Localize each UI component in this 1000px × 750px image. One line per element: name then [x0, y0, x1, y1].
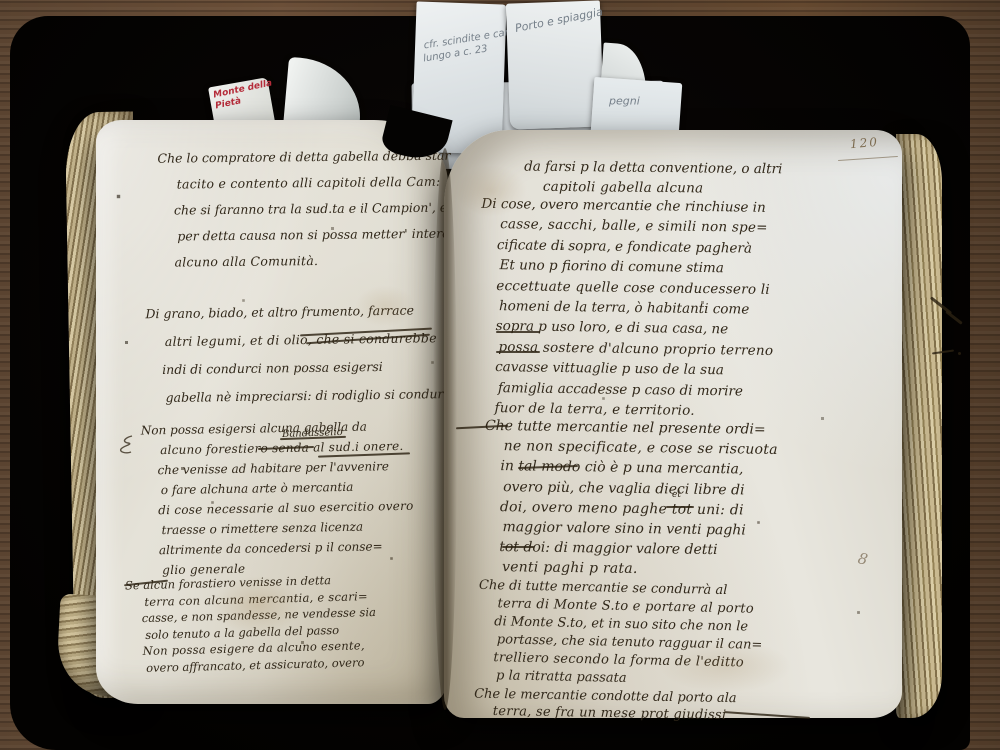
parchment-stain — [660, 640, 790, 692]
bookmark-porto-e-spiaggia: Porto e spiaggia — [506, 0, 604, 129]
strikethrough-mark — [502, 546, 534, 548]
right-paragraph-1: da farsi p la detta conventione, o altri… — [540, 157, 783, 200]
bookmark-label: Porto e spiaggia — [514, 6, 601, 35]
photograph-of-open-manuscript: Monte della Pietà cfr. scindite e canne … — [0, 0, 1000, 750]
book-page-stack-right-edge — [896, 134, 942, 718]
manuscript-line: che si faranno tra la sud.ta e il Campio… — [174, 194, 466, 223]
manuscript-line: alcuno alla Comunità. — [174, 246, 466, 275]
manuscript-line: per detta causa non si possa metter' int… — [177, 220, 466, 249]
parchment-stain — [355, 285, 415, 327]
right-paragraph-5: Che le mercantie condotte dal porto alat… — [490, 686, 737, 724]
strikethrough-mark — [666, 506, 694, 508]
manuscript-right-page: 120 da farsi p la detta conventione, o a… — [444, 130, 902, 718]
manuscript-line: da farsi p la detta conventione, o altri — [524, 157, 782, 180]
right-paragraph-3: Che tutte mercantie nel presente ordi=ne… — [499, 416, 778, 581]
margin-dot — [958, 352, 961, 355]
bookmark-label: pegni — [609, 95, 681, 108]
parchment-stain — [210, 575, 305, 635]
interlinear-insertion-et: et — [672, 490, 681, 500]
manuscript-line: indi di condurci non possa esigersi — [162, 352, 457, 384]
margin-squiggle-icon — [118, 434, 138, 456]
left-paragraph-3: Non possa esigersi alcuna gabella daalcu… — [157, 416, 415, 580]
underline-mark — [496, 351, 540, 353]
underline-mark — [496, 331, 540, 333]
right-paragraph-2: Di cose, overo mercantie che rinchiuse i… — [494, 194, 775, 422]
manuscript-line: gabella nè impreciarsi: di rodiglio si c… — [165, 380, 457, 412]
book-gutter-shadow — [433, 148, 457, 710]
left-paragraph-1: Che lo compratore di detta gabella debba… — [173, 142, 466, 275]
ink-specks — [0, 0, 1, 1]
parchment-stain — [455, 165, 527, 217]
folio-number: 120 — [849, 135, 879, 151]
manuscript-line: tacito e contento alli capitoli della Ca… — [177, 168, 466, 197]
